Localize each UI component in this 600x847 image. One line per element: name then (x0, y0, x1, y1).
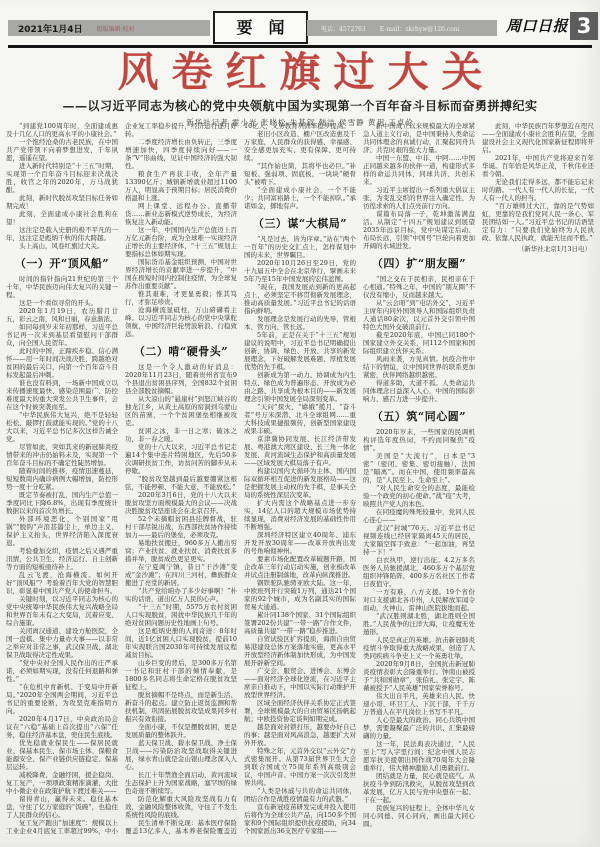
article-paragraph: “人类是休戚与共的命运共同体，团结合作是战胜疫情最有力的武器。” (244, 787, 356, 803)
article-paragraph: 构建以国内大循环为主体、国内国际双循环相互促进的新发展格局——这是把握发展主动权… (244, 467, 356, 499)
article-paragraph: “天问”探火、“嫦娥”揽月、“奋斗者”号万米深潜、北斗全球组网……重大科技成果捷… (244, 403, 356, 435)
article-paragraph: 外部环境恶化，个别国家“甩锅”“脱钩”声浪甚嚣尘上，单边主义、保护主义抬头，世界… (6, 515, 118, 547)
article-paragraph: 钢铁驼队驰骋亚欧大陆。这一年，中欧班列开行突破1万列，通达21个国家的92个城市… (244, 579, 356, 611)
article-paragraph: 扩大内需这个战略基点进一步夯实，14亿人口的超大规模市场优势持续显现，消费对经济… (244, 499, 356, 531)
article-paragraph: “脱贫攻坚越到最后越要绷紧这根弦，不能停顿、不能大意、不能放松。” (125, 475, 237, 491)
article-paragraph: 2020年4月17日，中央政治局会议在“六稳”基础上首次提出“六保”任务，稳住经… (6, 715, 118, 739)
article-paragraph: 沧海横流显砥柱，万山磅礴看主峰。以习近平同志为核心的党中央掌舵领航，中国经济巨轮… (125, 306, 237, 338)
article-paragraph: 易地扶贫搬迁，960多万人搬出穷窝；产业扶贫、就业扶贫、消费扶贫多措并举，脱贫成… (125, 539, 237, 563)
article-paragraph: 习近平主席提出一系列重大倡议主张，为变乱交织的世界注入确定性，为彷徨求索的人们点… (363, 186, 475, 210)
page-header: 2021年1月4日 组版编辑·校对 要 闻 电话：4572763 E-mail：… (8, 20, 592, 36)
article-paragraph: “武汉胜则湖北胜，湖北胜则全国胜。”人民战争的汪洋大海，让疫魔无处遁形。 (363, 612, 475, 636)
article-paragraph: 老旧小区改造、棚户区改造惠及千万家庭，人民群众的获得感、幸福感、安全感更加充实、… (244, 130, 356, 162)
section-heading: （一）开“顶风船” (6, 257, 118, 270)
article-paragraph: “全面建成小康社会，一个不能少；共同富裕路上，一个不能掉队。”承诺如金，掷地有声… (244, 186, 356, 210)
article-paragraph: 国际货币基金组织预测，中国对世界经济增长的贡献率进一步提升，“中国在极短时间内控… (125, 258, 237, 290)
article-paragraph: 贫困之冰，非一日之寒；破冰之功，非一春之暖。 (125, 427, 237, 443)
article-paragraph: 2021年，中国共产党将迎来百年华诞。百年恰是风华正茂，千秋伟业还看今朝。 (482, 154, 594, 178)
header-bar-left: 2021年1月4日 组版编辑·校对 (8, 20, 210, 36)
article-paragraph: 既定节奏被打乱，国内生产总值一季度同比下降6.8%，出现有季度统计数据以来的首次… (6, 491, 118, 515)
article-paragraph: “现在，我国发展站到新的更高起点上，必须坚定不移贯彻新发展理念，推动高质量发展。… (244, 283, 356, 315)
article-paragraph: “其作始也简，其将毕也必巨。”补短板、强弱项、固底板，一块块“硬骨头”被啃下。 (244, 162, 356, 186)
article-paragraph: 从“云会晤”到“电话外交”，习近平主席年内同外国领导人和国际组织负责人通话80余… (363, 299, 475, 331)
article-paragraph: 风雨来袭，方见真情。抗疫合作中结下的情谊，让中国同世界的联系更加紧密，伙伴网络越… (363, 355, 475, 379)
article-paragraph: 优先稳就业保民生——保居民就业、保基本民生、保市场主体、保粮食能源安全、保产业链… (6, 739, 118, 771)
article-paragraph: 深圳经济特区建立40周年、浦东开发开放30周年——改革开放再出发的号角响彻神州。 (244, 531, 356, 555)
header-bar-right: 电话：4572763 E-mail：zkrbyw@126.com (307, 20, 497, 36)
section-title: 要 闻 (236, 18, 284, 37)
article-paragraph: 截至2020年底，中国已同180个国家建立外交关系，同112个国家和国际组织建立… (363, 331, 475, 355)
article-paragraph: “党中央对全国人民作出的庄严承诺，必须如期实现，没有任何退路和弹性。” (6, 659, 118, 683)
article-paragraph: 5年前，正是在关于“十三五”规划建议的说明中，习近平总书记明确提出创新、协调、绿… (244, 331, 356, 371)
article-paragraph: 无论我们走得多远，都不能忘记来时的路。一代人有一代人的长征，一代人有一代人的担当… (482, 178, 594, 202)
article-paragraph: 考验叠加交织，疫情之后又遇严重汛情，公共卫生、经济运行、自主创新等方面的短板亟待… (6, 547, 118, 571)
article-paragraph: 民族复兴的征程上，全体中华儿女同心同德、同心同向，画出最大同心圆。 (363, 804, 475, 828)
article-paragraph: 自贸试验区扩容提质，海南自由贸易港建设总体方案落地实施，更高水平开放型经济新体制… (244, 635, 356, 667)
article-paragraph: 防范化解重大风险攻坚战有力有效，金融风险整体收敛，守住了不发生系统性风险的底线。 (125, 795, 237, 819)
email-address: E-mail：zkrbyw@126.com (380, 24, 460, 33)
article-paragraph: 尽管如此，突如其来的新冠肺炎疫情带来的冲击仍始料未及，实现第一个百年奋斗目标的不… (6, 443, 118, 467)
article-paragraph: 得道多助，大道不孤。人类命运共同体理念日益深入人心，中国的国际影响力、感召力进一… (363, 379, 475, 403)
article-paragraph: 一个饱经沧桑的古老民族，在中国共产党带领下向着梦想进发，千年夙愿，遥遥在望。 (6, 138, 118, 162)
article-paragraph: 2020年3月6日，党的十八大以来脱贫攻坚方面规模最大的会议——决战决胜脱贫攻坚… (125, 491, 237, 515)
article-paragraph: 全面小康，不仅是摆脱贫困，更是发展质量的整体跃升。 (125, 723, 237, 739)
article-paragraph: 从大凉山的“悬崖村”到怒江峡谷的独龙江乡，从黄土高原的窑洞到乌蒙山区的苗寨，一个… (125, 395, 237, 427)
article-paragraph: 谋篇布局落一子，乾坤激荡满盘活。从制定“十四五”规划建议到展望2035年远景目标… (363, 210, 475, 250)
section-heading: （三）谋“大棋局” (244, 217, 356, 230)
article-paragraph: 美国是“大流行”，日本是“3密”（密闭、密集、密切接触），法国是“隔离”。而在中… (363, 452, 475, 484)
article-paragraph: 人民是真正的英雄。抗击新冠肺炎疫情斗争取得重大战略成果，创造了人类同疾病斗争史上… (363, 636, 475, 660)
article-paragraph: 减税降费、金融纾困，援企稳岗、复工复产，一项项政策精准滴灌，大批中小微企业在政策… (6, 771, 118, 795)
article-paragraph: 此时的中国，正蹄疾步稳、信心满怀——用一年时间决战决胜，跨越绝对贫困的最后关口，… (6, 347, 118, 379)
article-paragraph: 山乡巨变的背后，是300多万名第一书记和驻村干部的倾情奉献，是1800多名同志将… (125, 659, 237, 691)
article-paragraph: 人心是最大的政治。同心共筑中国梦，需要凝聚最广泛的共识、汇集最磅礴的力量。 (363, 716, 475, 740)
article-paragraph: 时间的指针指向21世纪的第三个十年，中华民族迈向伟大复兴的关键一程。 (6, 275, 118, 299)
article-paragraph: 广交会、服贸会、进博会、东博会——面对经济全球化逆流，在习近平主席亲自推动下，中… (244, 667, 356, 699)
article-paragraph: 随着时间的推移，疫情迅速蔓延，短短数周内确诊病例大幅增加，防控形势一度十分吃紧。 (6, 467, 118, 491)
article-paragraph: 特殊之年，元首外交以“云外交”方式密集展开。从第73届世界卫生大会到联合国成立7… (244, 747, 356, 787)
article-paragraph: 谁也没有料到，一场新中国成立以来传播速度最快、感染范围最广、防控难度最大的重大突… (6, 379, 118, 411)
article-paragraph: “到建党100周年时，全面建成惠及十几亿人口的更高水平的小康社会。” (6, 122, 118, 138)
article-paragraph: 伟大出自平凡，英雄来自人民。快递小哥、环卫工人、下沉干部，千千万万普通人在平凡岗… (363, 692, 475, 716)
article-paragraph: 党的十八大以来，习近平总书记走遍14个集中连片特困地区，先后50多次调研扶贫工作… (125, 443, 237, 475)
article-paragraph: “对人民生命安全的态度，最能检验一个政党的初心使命。”战“疫”大考，映照共产党人… (363, 484, 475, 508)
article-paragraph: 新中国成立以来规模最大的全球紧急人道主义行动，是中国秉持人类命运共同体理念的真诚… (363, 122, 475, 154)
article-paragraph: 此刻，新时代脱贫攻坚目标任务如期完成！ (6, 194, 118, 210)
article-paragraph: 52个未摘帽贫困县挂牌督战，驻村干部尽锐出战，东西部扶贫协作持续加力——最后的堡… (125, 515, 237, 539)
article-paragraph: 二季度经济增长由负转正，三季度增速加快，四季度持续向好——一条“V”形曲线，见证… (125, 138, 237, 170)
article-paragraph: “十三五”时期，5575万农村贫困人口实现脱贫，困扰中华民族几千年的绝对贫困问题… (125, 603, 237, 627)
article-paragraph: 发展理念是发展行动的先导，管根本、管方向、管长远。 (244, 315, 356, 331)
subtitle: ——以习近平同志为核心的党中央领航中国为实现第一个百年奋斗目标而奋勇拼搏纪实 (0, 99, 600, 113)
article-paragraph: “国之交在于民相亲，民相亲在于心相通。”特殊之年，中国的“朋友圈”不仅没有缩小，… (363, 275, 475, 299)
article-paragraph: 头上高山，风卷红旗过大关。 (6, 242, 118, 250)
article-paragraph: “凡是过去，皆为序章。”站在“两个一百年”的历史交汇点上，怎样谋划中国的未来，世… (244, 235, 356, 259)
article-paragraph: 白衣执甲，逆行出征。4.2万多名医务人员驰援湖北，460多万个基层党组织冲锋陷阵… (363, 556, 475, 588)
article-paragraph: 蓝天保卫战、碧水保卫战、净土保卫战——污染防治攻坚战取得关键进展，绿水青山就是金… (125, 739, 237, 771)
article-paragraph: 这是彪炳史册的人间奇迹：8年时间，近1亿贫困人口实现脱贫，提前10年实现联合国2… (125, 627, 237, 659)
article-paragraph: 这一年，中国国内生产总值迈上百万亿元新台阶，成为全球唯一实现经济正增长的主要经济… (125, 226, 237, 258)
masthead-logo: 周口日报 (506, 13, 568, 39)
article-paragraph: 2020年岁末，一些国家的民调机构评选年度热词，不约而同聚焦“疫情”。 (363, 428, 475, 452)
article-paragraph: 乱云飞渡，沧海横流。如何开好“顶风船”？考验着百年大党的智慧胆识，彰显着中国共产… (6, 571, 118, 595)
article-paragraph: 这注定是载入史册的极不平凡的一年，这注定是彪炳千秋的伟大跨越。 (6, 226, 118, 242)
article-paragraph: 在同疫魔的殊死较量中，党同人民心连心—— (363, 508, 475, 524)
section-heading: （五）筑“同心圆” (363, 410, 475, 423)
article-paragraph: 在宁夏闽宁镇，昔日“干沙滩”变成“金沙滩”；在四川三河村，彝族群众搬进了亮堂的新… (125, 563, 237, 587)
article-paragraph: “共产党给咱办了多少好事啊！”朴实的话语，道出亿万人民的心声。 (125, 587, 237, 603)
article-paragraph: “在危机中育新机、于变局中开新局。”2020年全国两会期间，习近平总书记的重要论… (6, 683, 118, 715)
article-paragraph: 要素市场化配置改革破题开路，国企改革三年行动启动实施，创业板改革并试点注册制落地… (244, 555, 356, 579)
edition-note: 组版编辑·校对 (97, 24, 135, 33)
headline-block: 风卷红旗过大关 ——以习近平同志为核心的党中央领航中国为实现第一个百年奋斗目标而… (0, 50, 600, 128)
article-paragraph: 2020年1月19日，农历腊月廿五，彩云之南，风和日丽，春意渐浓。 (6, 307, 118, 323)
article-paragraph: 累计同138个国家、31个国际组织签署202份共建“一带一路”合作文件，高质量共… (244, 611, 356, 635)
article-paragraph: 长江十年禁渔全面启动，黄河流域生态保护上升为国家战略，塞罕坝的绿色奇迹不断续写。 (125, 771, 237, 795)
main-headline: 风卷红旗过大关 (0, 50, 600, 94)
article-paragraph: 惟其艰难，才更显勇毅；惟其笃行，才弥足珍贵。 (125, 290, 237, 306)
section-name-box: 要 闻 (213, 11, 308, 44)
dateline: （新华社北京1月3日电） (482, 245, 594, 253)
article-paragraph: 中国－东盟、中非、中阿……中国正同越来越多的伙伴一道，构建形式多样的命运共同体，… (363, 154, 475, 186)
page-number-badge: 3 (570, 12, 598, 40)
article-paragraph: 区域全面经济伙伴关系协定正式签署，全球规模最大的自由贸易区扬帆起航；中欧投资协定… (244, 699, 356, 723)
newspaper-page: 2021年1月4日 组版编辑·校对 要 闻 电话：4572763 E-mail：… (0, 0, 600, 847)
article-paragraph: 2020年10月26日至29日，党的十九届五中全会在北京举行，擘画未来5年乃至1… (244, 259, 356, 283)
article-paragraph: 此刻，全面建成小康社会胜利在望！ (6, 210, 118, 226)
article-paragraph: 进入新时代特别是“十三五”时期，实现第一个百年奋斗目标迎来决战决胜，收官之年的2… (6, 162, 118, 194)
article-body: “到建党100周年时，全面建成惠及十几亿人口的更高水平的小康社会。”一个饱经沧桑… (6, 122, 594, 840)
article-paragraph: 脱贫摘帽不是终点，而是新生活、新奋斗的起点。建立防止返贫监测和帮扶机制，巩固拓展… (125, 691, 237, 723)
article-paragraph: 京津冀协同发展、长江经济带发展、粤港澳大湾区建设、长三角一体化发展、黄河流域生态… (244, 435, 356, 467)
article-paragraph: 关闭离汉通道、建设方舱医院，全国一盘棋、集中力量办大事——以非常之举应对非常之事… (6, 627, 118, 659)
article-paragraph: 如同每到岁末年初那样，习近平总书记再一次来到基层看望慰问干部群众，向全国人民贺年… (6, 323, 118, 347)
article-paragraph: 此刻，中华民族百年梦想近在咫尺——全面建成小康社会胜利在望，全面建设社会主义现代… (482, 122, 594, 154)
article-paragraph: 团结就是力量，民心就是底气。从抗疫斗争到防汛救灾，从脱贫攻坚到改革发展，亿万人民… (363, 772, 475, 804)
article-paragraph: 创新成为第一动力、协调成为内生特点、绿色成为普遍形态、开放成为必由之路、共享成为… (244, 371, 356, 403)
article-paragraph: 这是一个令人激动的好消息：2020年11月23日，随着贵州省宣布9个县退出贫困县… (125, 363, 237, 395)
section-heading: （四）扩“朋友圈” (363, 257, 475, 270)
article-paragraph: “百万雄师过大江，靠的是气势如虹，更靠的是我们党同人民一条心、军民团结如一人。”… (482, 202, 594, 242)
issue-date: 2021年1月4日 (8, 22, 83, 35)
article-paragraph: 粮食生产再获丰收，全年产量13390亿斤；城镇新增就业超过1100万人，明显高于… (125, 170, 237, 202)
article-paragraph: 武汉“封城”76天。习近平总书记视频连线已经居家隔离45天的居民，大家隔空挥手致… (363, 524, 475, 556)
article-paragraph: 一方有难，八方支援。19个省份对口支援湖北各市州，人民解放军闻令而动，火神山、雷… (363, 588, 475, 612)
article-paragraph: 关键时刻，以习近平同志为核心的党中央统筹中华民族伟大复兴战略全局和世界百年未有之… (6, 595, 118, 627)
article-paragraph: 这一年，民法典表决通过，“人民至上”写入字里行间；纪念中国人民志愿军抗美援朝出国… (363, 740, 475, 772)
section-heading: （二）啃“硬骨头” (125, 345, 237, 358)
article-paragraph: 留得青山，赢得未来。稳住基本盘，守住了亿万家庭的“饭碗”，也稳住了人民群众的信心… (6, 795, 118, 819)
article-paragraph: “中华民族伟大复兴，绝不是轻轻松松、敲锣打鼓就能实现的。”党的十八大以来，习近平… (6, 411, 118, 443)
article-paragraph: 越是面对封锁打压，越要办好自己的事；越是面对风高浪急，越要扩大对外开放。 (244, 723, 356, 747)
article-paragraph: 宣布新冠疫苗研发完成并投入使用后将作为全球公共产品，向150多个国家和9个国际组… (244, 803, 356, 835)
article-paragraph: 网上课堂、远程办公、直播带货……新业态新模式逆势成长，为经济恢复注入新动能。 (125, 202, 237, 226)
article-paragraph: 这是一个看似寻常的开头。 (6, 299, 118, 307)
phone-number: 电话：4572763 (321, 24, 366, 33)
article-paragraph: 2020年9月8日，全国抗击新冠肺炎疫情表彰大会隆重举行。钟南山被授予“共和国勋… (363, 660, 475, 692)
